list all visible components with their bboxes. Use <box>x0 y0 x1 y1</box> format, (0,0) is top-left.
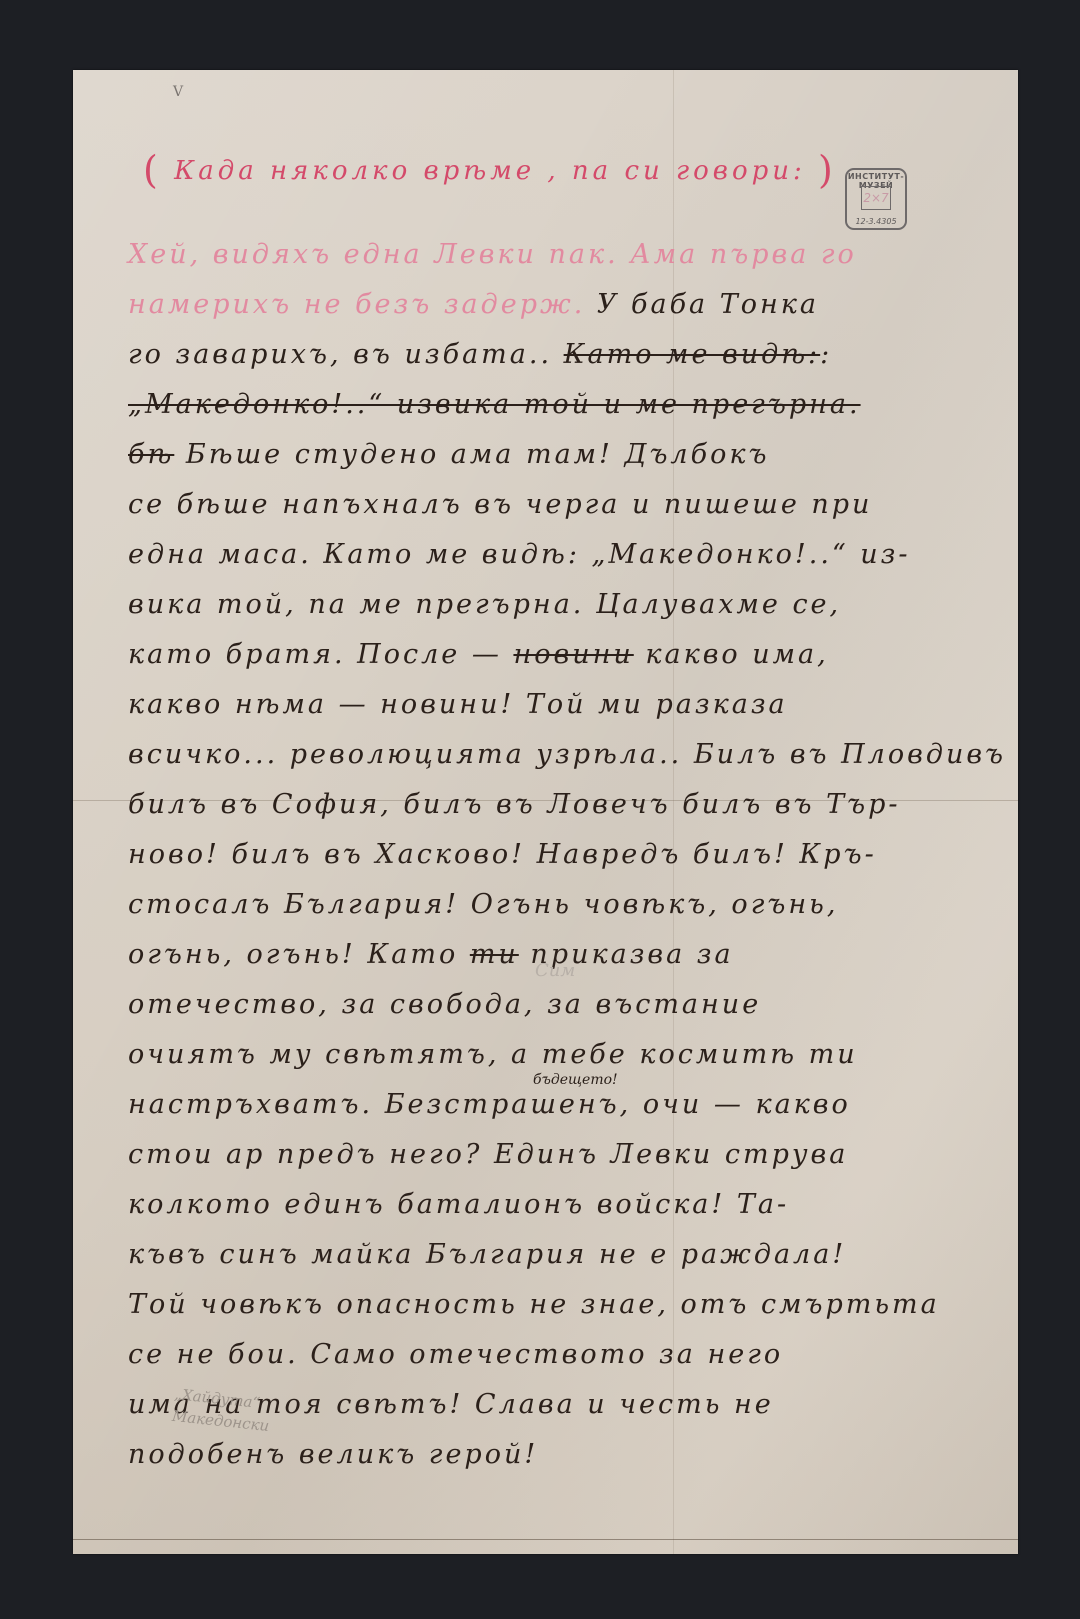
manuscript-text: Хей, видяхъ една Левки пак. Ама първа го… <box>128 230 998 1480</box>
open-bracket: ( <box>143 148 162 192</box>
interlinear-insertion: бъдещето! <box>533 1072 618 1088</box>
manuscript-line: подобенъ великъ герой! <box>128 1430 998 1480</box>
top-pencil-mark: V <box>173 84 183 100</box>
line-text: го заварихъ, въ избата.. <box>128 339 552 370</box>
manuscript-line: отечество, за свобода, за въстание <box>128 980 998 1030</box>
struck-text: ти <box>470 939 519 970</box>
stamp-inventory: 12-3.4305 <box>847 217 905 226</box>
manuscript-line: стосалъ България! Огънь човѣкъ, огънь, <box>128 880 998 930</box>
struck-text: Като ме видѣ: <box>564 339 821 370</box>
manuscript-line: Хей, видяхъ една Левки пак. Ама първа го <box>128 230 998 280</box>
manuscript-line: Той човѣкъ опасность не знае, отъ смърть… <box>128 1280 998 1330</box>
stamp-number: 2×7 <box>861 186 891 210</box>
manuscript-line: всичко... революцията узрѣла.. Билъ въ П… <box>128 730 998 780</box>
manuscript-line: какво нѣма — новини! Той ми разказа <box>128 680 998 730</box>
paper-bottom-edge <box>73 1539 1018 1540</box>
manuscript-line: стои ар предъ него? Единъ Левки струва <box>128 1130 998 1180</box>
manuscript-page: V ( Када няколко врѣме , па си говори: )… <box>73 70 1018 1554</box>
ink-segment: У баба Тонка <box>597 289 819 320</box>
line-text: огънь, огънь! Като <box>128 939 458 970</box>
pencil-smudge: Сим <box>535 960 575 981</box>
manuscript-line: „Македонко!..“ извика той и ме прегърна. <box>128 380 998 430</box>
close-bracket: ) <box>818 148 837 192</box>
line-text: като братя. После — <box>128 639 502 670</box>
line-text: Бѣше студено ама там! Дълбокъ <box>186 439 770 470</box>
struck-text: бѣ <box>128 439 174 470</box>
struck-text: новини <box>513 639 633 670</box>
manuscript-line: се не бои. Само отечеството за него <box>128 1330 998 1380</box>
manuscript-line: го заварихъ, въ избата.. Като ме видѣ:: <box>128 330 998 380</box>
header-text: Када няколко врѣме , па си говори: <box>174 156 806 186</box>
manuscript-line: една маса. Като ме видѣ: „Македонко!..“ … <box>128 530 998 580</box>
pink-segment: намерихъ не безъ задерж. <box>128 289 585 320</box>
manuscript-line: бѣ Бѣше студено ама там! Дълбокъ <box>128 430 998 480</box>
manuscript-line: ново! билъ въ Хасково! Навредъ билъ! Кръ… <box>128 830 998 880</box>
manuscript-line: колкото единъ баталионъ войска! Та- <box>128 1180 998 1230</box>
manuscript-line: къвъ синъ майка България не е раждала! <box>128 1230 998 1280</box>
manuscript-line: като братя. После — новини какво има, <box>128 630 998 680</box>
struck-text: „Македонко!..“ извика той и ме прегърна. <box>128 389 861 420</box>
manuscript-line: намерихъ не безъ задерж. У баба Тонка <box>128 280 998 330</box>
line-tail: какво има, <box>645 639 828 670</box>
line-tail: : <box>820 339 832 370</box>
manuscript-line: билъ въ София, билъ въ Ловечъ билъ въ Тъ… <box>128 780 998 830</box>
manuscript-line: се бѣше напъхналъ въ черга и пишеше при <box>128 480 998 530</box>
manuscript-line: вика той, па ме прегърна. Цалувахме се, <box>128 580 998 630</box>
museum-stamp: ИНСТИТУТ-МУЗЕЙ 2×7 12-3.4305 <box>845 168 907 230</box>
